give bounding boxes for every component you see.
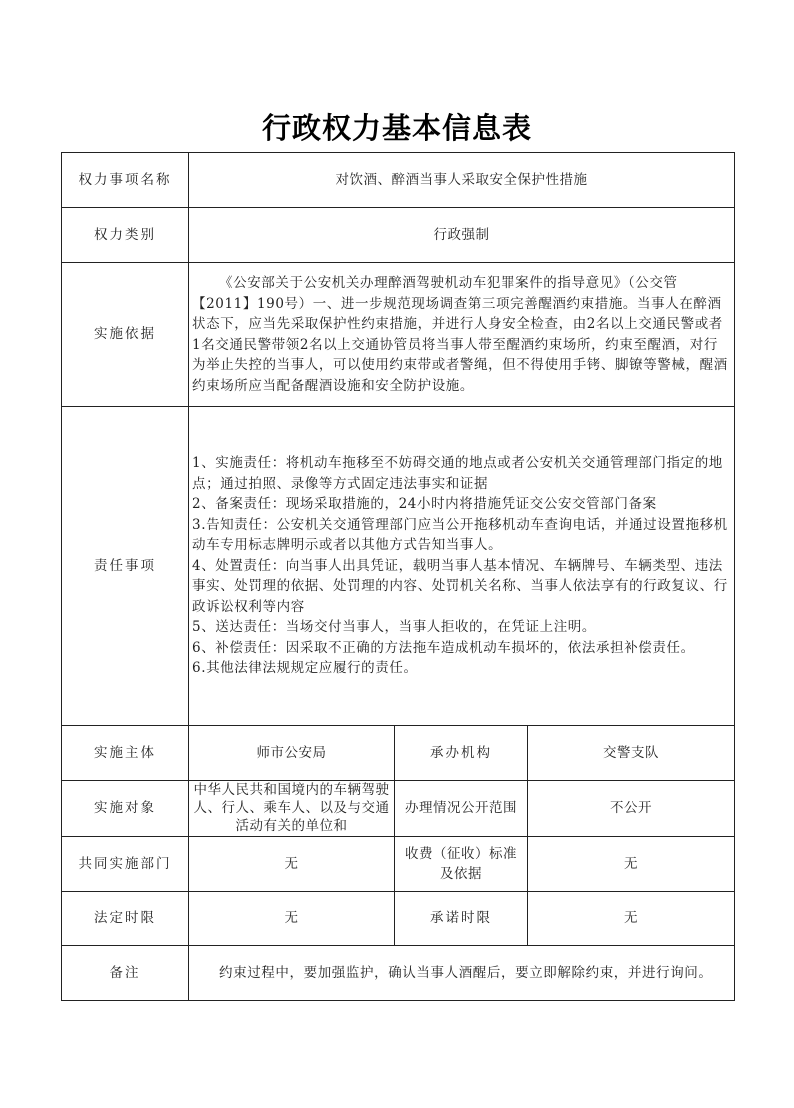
row-joint: 共同实施部门 无 收费（征收）标准及依据 无 xyxy=(62,837,735,892)
remark-value: 约束过程中，要加强监护，确认当事人酒醒后，要立即解除约束，并进行询问。 xyxy=(189,946,735,1001)
fee-standard-value: 无 xyxy=(528,837,735,892)
row-target: 实施对象 中华人民共和国境内的车辆驾驶人、行人、乘车人、以及与交通活动有关的单位… xyxy=(62,781,735,837)
item-name-value: 对饮酒、醉酒当事人采取安全保护性措施 xyxy=(189,153,735,208)
target-value: 中华人民共和国境内的车辆驾驶人、行人、乘车人、以及与交通活动有关的单位和 xyxy=(189,781,395,837)
promised-time-limit-value: 无 xyxy=(528,892,735,946)
item-name-label: 权力事项名称 xyxy=(62,153,189,208)
subject-value: 师市公安局 xyxy=(189,726,395,781)
handling-org-label: 承办机构 xyxy=(395,726,528,781)
handling-org-value: 交警支队 xyxy=(528,726,735,781)
duties-value: 1、实施责任：将机动车拖移至不妨碍交通的地点或者公安机关交通管理部门指定的地点；… xyxy=(189,407,735,726)
duty-item: 2、备案责任：现场采取措施的，24小时内将措施凭证交公安交管部门备案 xyxy=(192,494,730,515)
joint-dept-label: 共同实施部门 xyxy=(62,837,189,892)
remark-label: 备注 xyxy=(62,946,189,1001)
duty-item: 3.告知责任：公安机关交通管理部门应当公开拖移机动车查询电话，并通过设置拖移机动… xyxy=(192,515,730,556)
row-duties: 责任事项 1、实施责任：将机动车拖移至不妨碍交通的地点或者公安机关交通管理部门指… xyxy=(62,407,735,726)
remark-text: 约束过程中，要加强监护，确认当事人酒醒后，要立即解除约束，并进行询问。 xyxy=(192,963,730,984)
legal-time-limit-value: 无 xyxy=(189,892,395,946)
disclosure-scope-label: 办理情况公开范围 xyxy=(395,781,528,837)
duty-item: 1、实施责任：将机动车拖移至不妨碍交通的地点或者公安机关交通管理部门指定的地点；… xyxy=(192,453,730,494)
target-label: 实施对象 xyxy=(62,781,189,837)
disclosure-scope-value: 不公开 xyxy=(528,781,735,837)
row-remark: 备注 约束过程中，要加强监护，确认当事人酒醒后，要立即解除约束，并进行询问。 xyxy=(62,946,735,1001)
row-basis: 实施依据 《公安部关于公安机关办理醉酒驾驶机动车犯罪案件的指导意见》（公交管【2… xyxy=(62,263,735,407)
info-table: 权力事项名称 对饮酒、醉酒当事人采取安全保护性措施 权力类别 行政强制 实施依据… xyxy=(61,152,735,1001)
target-text: 中华人民共和国境内的车辆驾驶人、行人、乘车人、以及与交通活动有关的单位和 xyxy=(189,781,394,836)
category-value: 行政强制 xyxy=(189,208,735,263)
basis-label: 实施依据 xyxy=(62,263,189,407)
row-subject: 实施主体 师市公安局 承办机构 交警支队 xyxy=(62,726,735,781)
basis-value: 《公安部关于公安机关办理醉酒驾驶机动车犯罪案件的指导意见》（公交管【2011】1… xyxy=(189,263,735,407)
row-time-limit: 法定时限 无 承诺时限 无 xyxy=(62,892,735,946)
duty-item: 6、补偿责任：因采取不正确的方法拖车造成机动车损坏的，依法承担补偿责任。 xyxy=(192,638,730,659)
fee-standard-label: 收费（征收）标准及依据 xyxy=(395,837,528,892)
promised-time-limit-label: 承诺时限 xyxy=(395,892,528,946)
duties-label: 责任事项 xyxy=(62,407,189,726)
subject-label: 实施主体 xyxy=(62,726,189,781)
basis-text: 《公安部关于公安机关办理醉酒驾驶机动车犯罪案件的指导意见》（公交管【2011】1… xyxy=(192,273,730,396)
duty-item: 6.其他法律法规规定应履行的责任。 xyxy=(192,658,730,679)
legal-time-limit-label: 法定时限 xyxy=(62,892,189,946)
page-title: 行政权力基本信息表 xyxy=(0,106,794,147)
row-category: 权力类别 行政强制 xyxy=(62,208,735,263)
duty-item: 5、送达责任：当场交付当事人，当事人拒收的，在凭证上注明。 xyxy=(192,617,730,638)
duty-item: 4、处置责任：向当事人出具凭证，载明当事人基本情况、车辆牌号、车辆类型、违法事实… xyxy=(192,556,730,618)
row-item-name: 权力事项名称 对饮酒、醉酒当事人采取安全保护性措施 xyxy=(62,153,735,208)
joint-dept-value: 无 xyxy=(189,837,395,892)
category-label: 权力类别 xyxy=(62,208,189,263)
